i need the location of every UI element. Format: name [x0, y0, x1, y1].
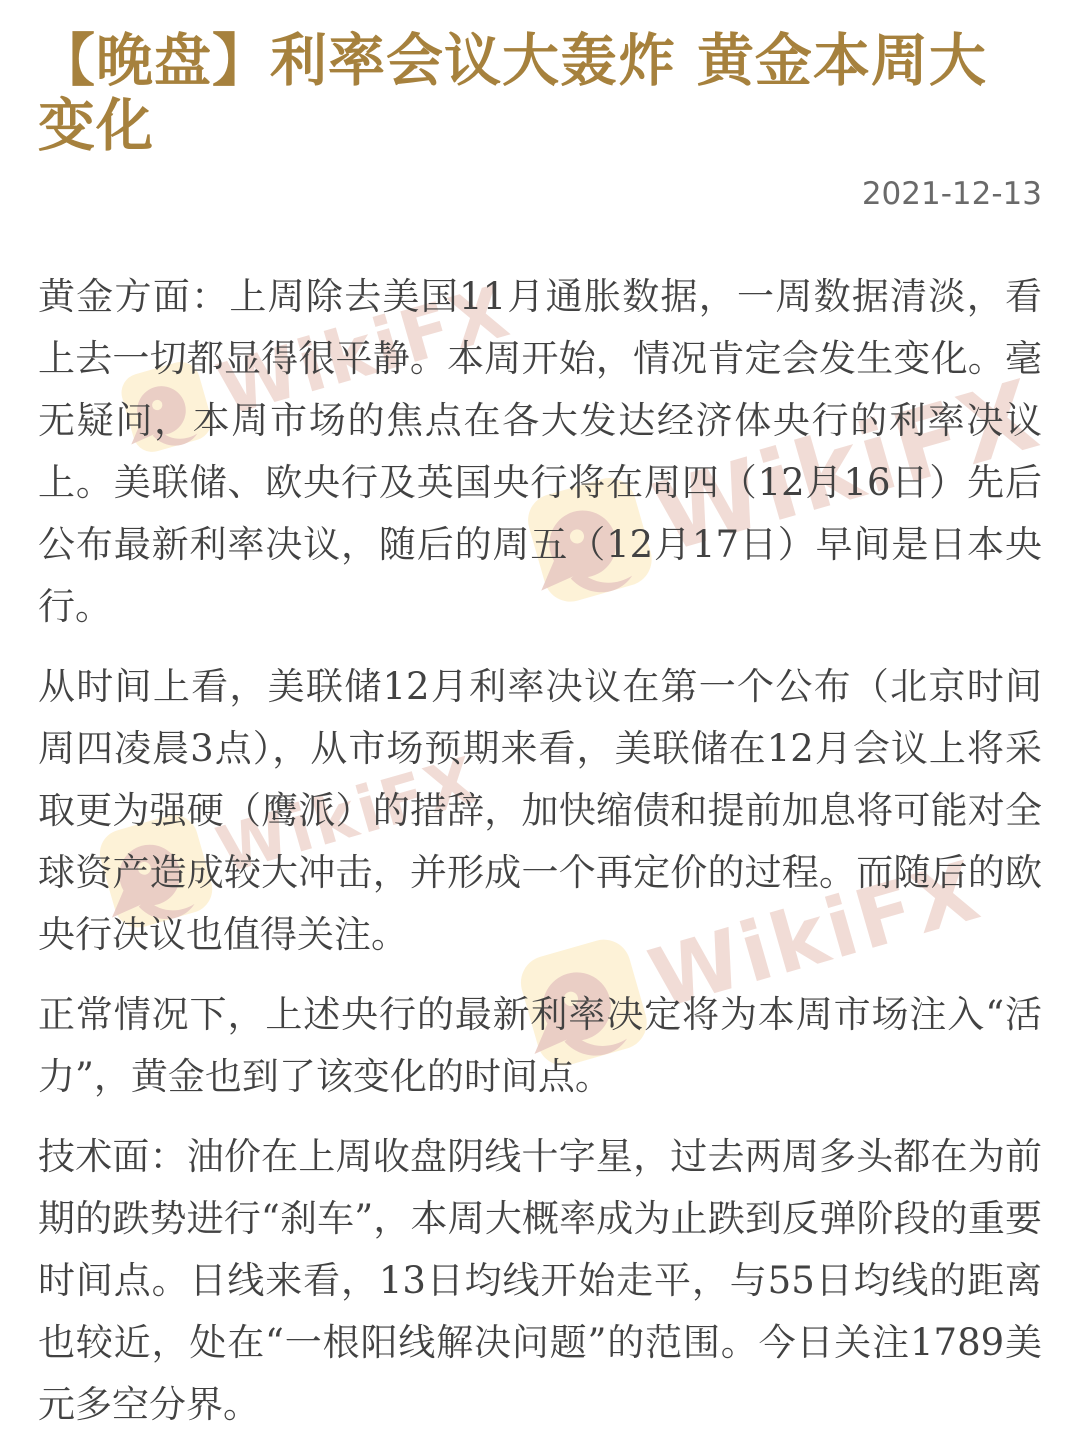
article-paragraph-2: 从时间上看，美联储12月利率决议在第一个公布（北京时间周四凌晨3点），从市场预期…: [38, 656, 1042, 966]
article-content: 【晚盘】利率会议大轰炸 黄金本周大变化 2021-12-13 黄金方面：上周除去…: [0, 0, 1080, 1441]
article-title: 【晚盘】利率会议大轰炸 黄金本周大变化: [38, 28, 1042, 158]
article-page: WikiFX WikiFX Wi: [0, 0, 1080, 1441]
article-body: 黄金方面：上周除去美国11月通胀数据，一周数据清淡，看上去一切都显得很平静。本周…: [38, 266, 1042, 1436]
article-paragraph-3: 正常情况下，上述央行的最新利率决定将为本周市场注入“活力”，黄金也到了该变化的时…: [38, 984, 1042, 1108]
article-paragraph-4: 技术面：油价在上周收盘阴线十字星，过去两周多头都在为前期的跌势进行“刹车”，本周…: [38, 1126, 1042, 1436]
article-date: 2021-12-13: [38, 176, 1042, 212]
article-paragraph-1: 黄金方面：上周除去美国11月通胀数据，一周数据清淡，看上去一切都显得很平静。本周…: [38, 266, 1042, 638]
